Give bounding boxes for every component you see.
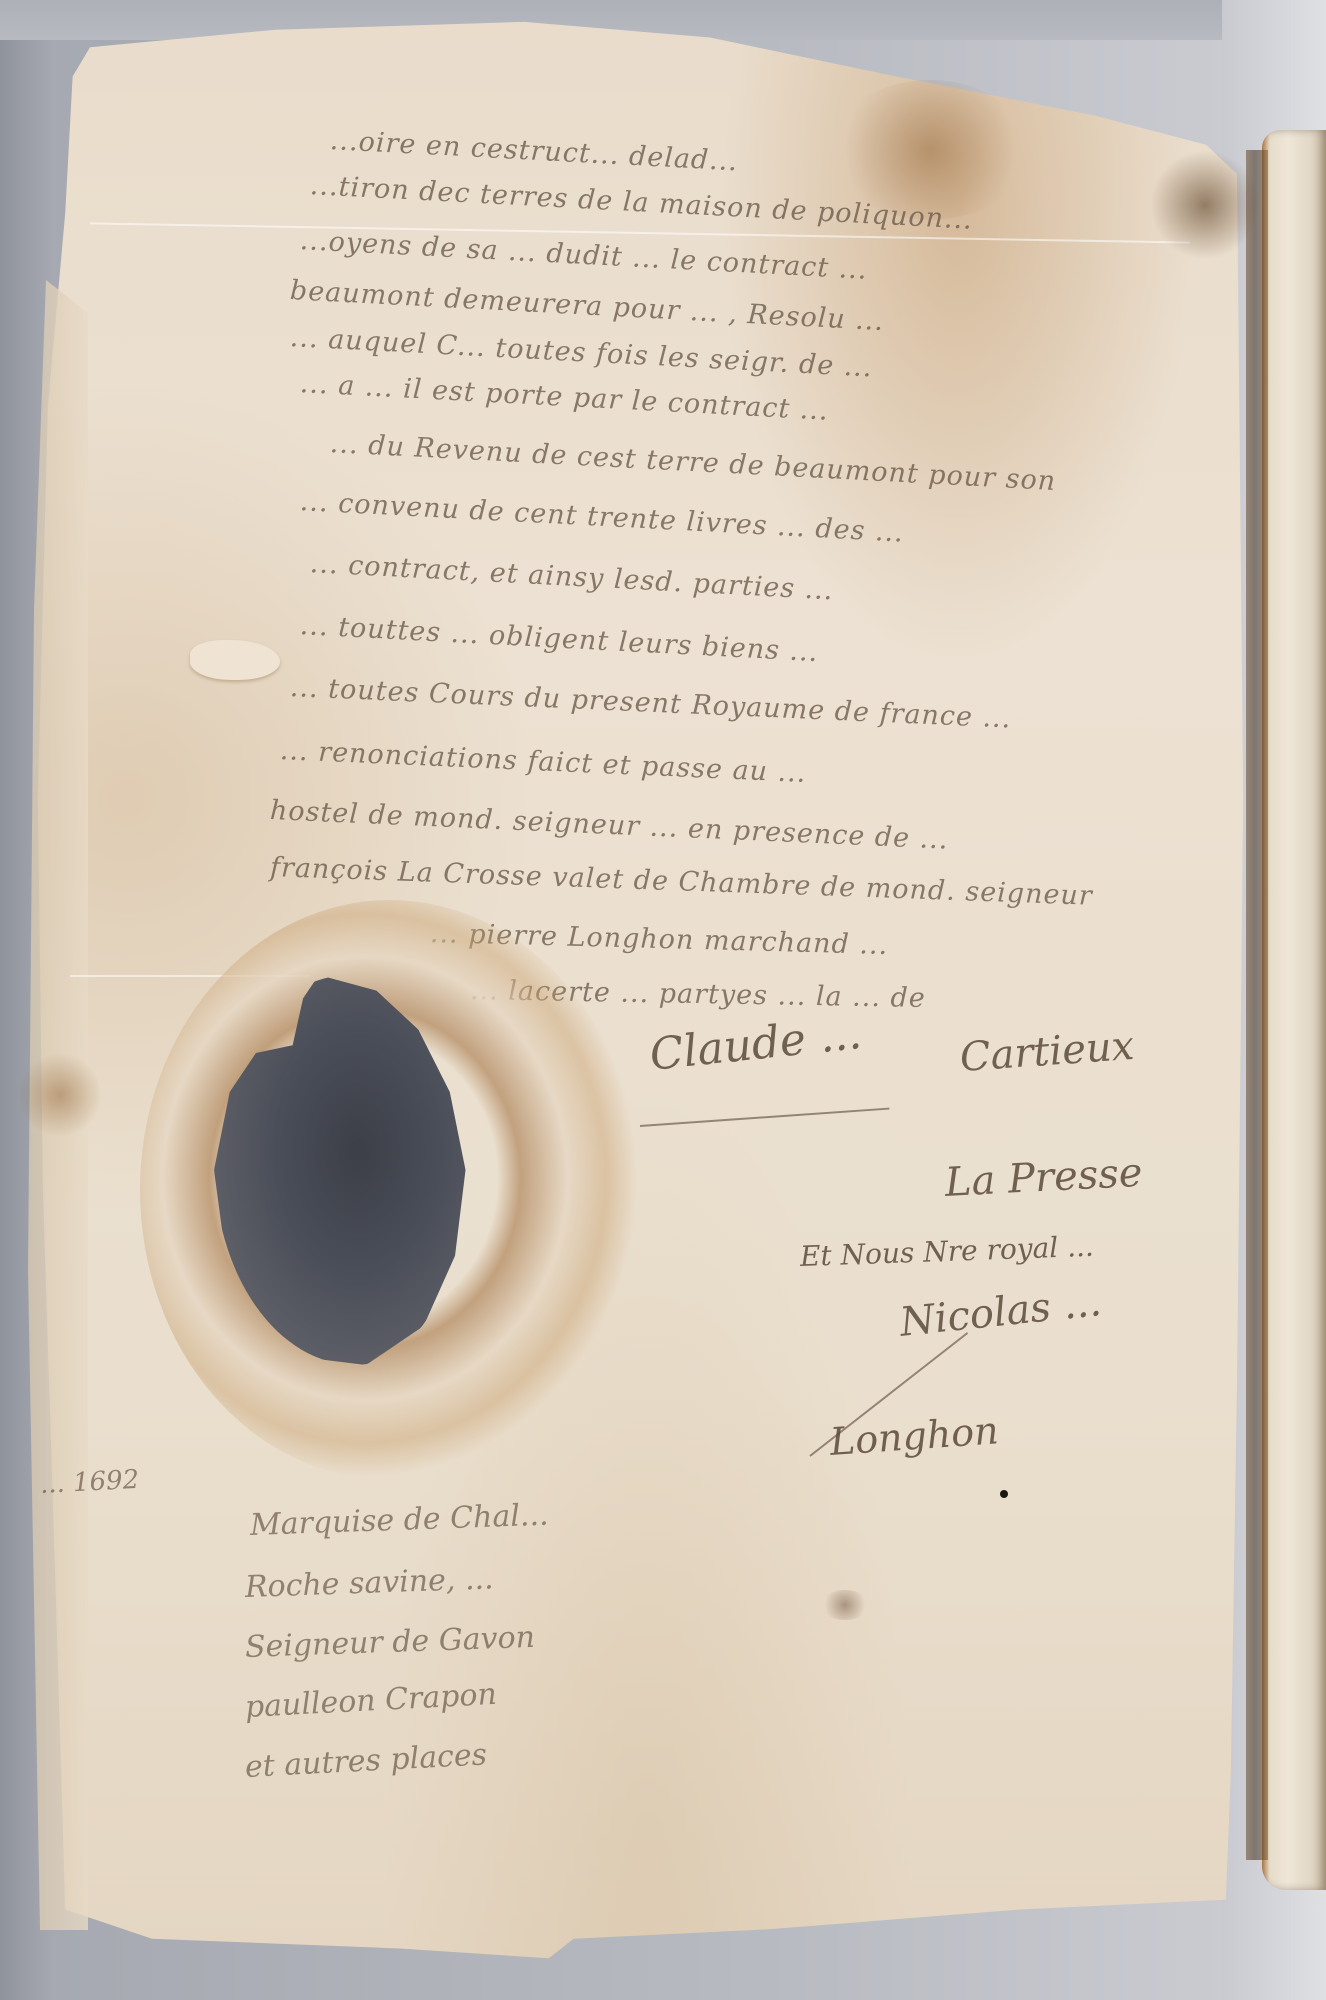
margin-note: Seigneur de Gavon <box>244 1620 535 1665</box>
text-line: françois La Crosse valet de Chambre de m… <box>269 852 1093 912</box>
signature-3: La Presse <box>944 1150 1144 1206</box>
text-line: ... touttes ... obligent leurs biens ... <box>299 610 819 668</box>
margin-date: ... 1692 <box>39 1465 140 1500</box>
notary-line: Et Nous Nre royal ... <box>799 1230 1094 1273</box>
signature-4: Nicolas ... <box>898 1279 1104 1346</box>
margin-note: paulleon Crapon <box>244 1677 498 1725</box>
text-line: ... contract, et ainsy lesd. parties ... <box>309 548 834 606</box>
text-line: ...oire en cestruct... delad... <box>329 125 739 177</box>
text-line: ...oyens de sa ... dudit ... le contract… <box>299 225 868 286</box>
text-line: hostel de mond. seigneur ... en presence… <box>269 795 949 856</box>
signature-flourish <box>640 1108 890 1127</box>
text-line: ... renonciations faict et passe au ... <box>279 735 807 789</box>
text-line: ... pierre Longhon marchand ... <box>430 918 889 961</box>
margin-note: Marquise de Chal... <box>249 1498 549 1543</box>
text-line: ... du Revenu de cest terre de beaumont … <box>329 428 1057 497</box>
ink-blot <box>1000 1490 1008 1498</box>
text-line: ... convenu de cent trente livres ... de… <box>299 486 904 549</box>
margin-note: et autres places <box>244 1737 488 1785</box>
text-line: ...tiron dec terres de la maison de poli… <box>309 170 973 236</box>
signature-5: Longhon <box>828 1408 999 1464</box>
signature-2: Cartieux <box>958 1023 1135 1081</box>
signature-1: Claude ... <box>647 1008 864 1081</box>
manuscript-text: ...oire en cestruct... delad... ...tiron… <box>0 0 1326 2000</box>
text-line: ... toutes Cours du present Royaume de f… <box>289 672 1012 734</box>
margin-note: Roche savine, ... <box>244 1561 494 1605</box>
